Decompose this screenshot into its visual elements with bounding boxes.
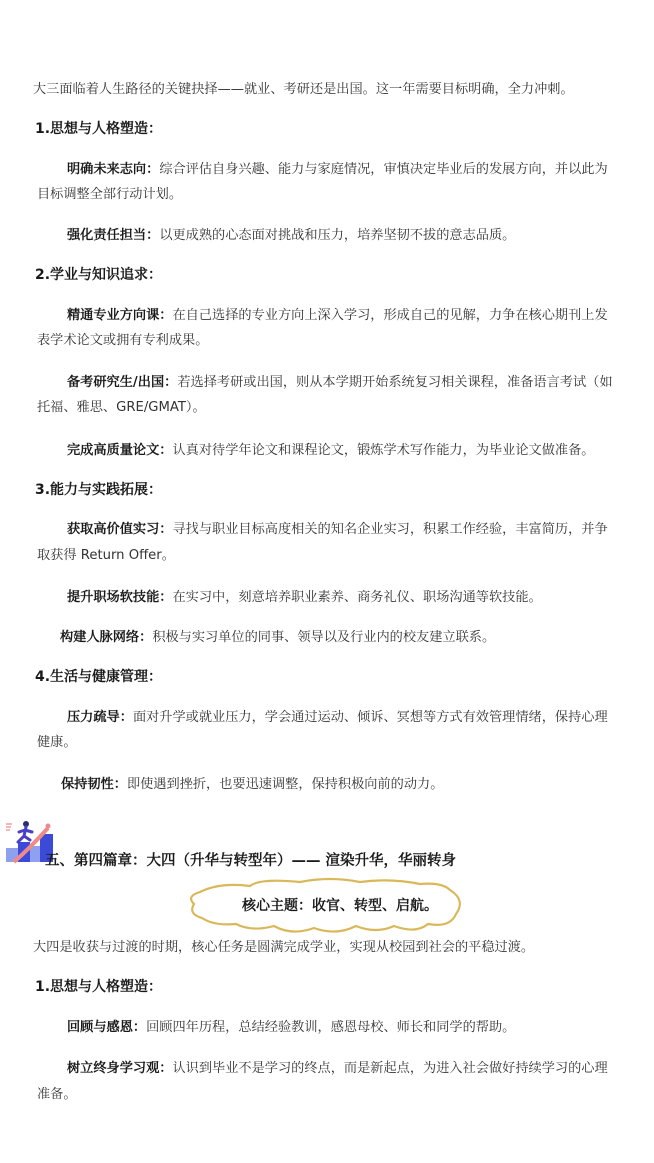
chapter-intro: 大四是收获与过渡的时期，核心任务是圆满完成学业，实现从校园到社会的平稳过渡。 — [33, 936, 534, 955]
list-item: 树立终身学习观：认识到毕业不是学习的终点，而是新起点，为进入社会做好持续学习的心… — [67, 1057, 608, 1076]
item-text: 若选择考研或出国，则从本学期开始系统复习相关课程，准备语言考试（如 — [177, 375, 612, 390]
list-item: 回顾与感恩：回顾四年历程，总结经验教训，感恩母校、师长和同学的帮助。 — [67, 1016, 515, 1035]
item-label: 精通专业方向课： — [67, 308, 173, 323]
item-label: 提升职场软技能： — [67, 590, 173, 605]
item-label: 强化责任担当： — [67, 228, 159, 243]
item-text: 积极与实习单位的同事、领导以及行业内的校友建立联系。 — [152, 630, 495, 645]
list-item: 保持韧性：即使遇到挫折，也要迅速调整，保持积极向前的动力。 — [61, 773, 443, 792]
theme-bubble: 核心主题：收官、转型、启航。 — [180, 874, 470, 936]
item-label: 压力疏导： — [67, 710, 133, 725]
item-text: 综合评估自身兴趣、能力与家庭情况，审慎决定毕业后的发展方向，并以此为 — [159, 162, 607, 177]
item-text: 在自己选择的专业方向上深入学习，形成自己的见解，力争在核心期刊上发 — [173, 308, 608, 323]
item-continuation: 健康。 — [37, 731, 77, 750]
item-continuation: 取获得 Return Offer。 — [37, 544, 175, 563]
item-text: 面对升学或就业压力，学会通过运动、倾诉、冥想等方式有效管理情绪，保持心理 — [133, 710, 608, 725]
group-heading: 2.学业与知识追求： — [35, 264, 162, 284]
group-heading: 1.思想与人格塑造： — [35, 118, 162, 138]
item-text: 认真对待学年论文和课程论文，锻炼学术写作能力，为毕业论文做准备。 — [173, 443, 595, 458]
item-text: 认识到毕业不是学习的终点，而是新起点，为进入社会做好持续学习的心理 — [173, 1061, 608, 1076]
list-item: 备考研究生/出国：若选择考研或出国，则从本学期开始系统复习相关课程，准备语言考试… — [67, 371, 613, 390]
chapter-title: 五、第四篇章：大四（升华与转型年）—— 渲染升华，华丽转身 — [45, 849, 456, 870]
list-item: 获取高价值实习：寻找与职业目标高度相关的知名企业实习，积累工作经验，丰富简历，并… — [67, 518, 608, 537]
group-heading: 3.能力与实践拓展： — [35, 479, 162, 499]
list-item: 强化责任担当：以更成熟的心态面对挑战和压力，培养坚韧不拔的意志品质。 — [67, 224, 515, 243]
list-item: 构建人脉网络：积极与实习单位的同事、领导以及行业内的校友建立联系。 — [60, 626, 495, 645]
item-label: 完成高质量论文： — [67, 443, 173, 458]
group-heading: 4.生活与健康管理： — [35, 666, 162, 686]
item-text: 寻找与职业目标高度相关的知名企业实习，积累工作经验，丰富简历，并争 — [173, 522, 608, 537]
item-label: 保持韧性： — [61, 777, 127, 792]
item-continuation: 目标调整全部行动计划。 — [37, 183, 182, 202]
item-continuation: 托福、雅思、GRE/GMAT）。 — [37, 396, 206, 415]
list-item: 压力疏导：面对升学或就业压力，学会通过运动、倾诉、冥想等方式有效管理情绪，保持心… — [67, 706, 608, 725]
item-label: 备考研究生/出国： — [67, 375, 177, 390]
item-text: 在实习中，刻意培养职业素养、商务礼仪、职场沟通等软技能。 — [173, 590, 542, 605]
item-label: 构建人脉网络： — [60, 630, 152, 645]
list-item: 完成高质量论文：认真对待学年论文和课程论文，锻炼学术写作能力，为毕业论文做准备。 — [67, 439, 595, 458]
section-intro: 大三面临着人生路径的关键抉择——就业、考研还是出国。这一年需要目标明确，全力冲刺… — [33, 78, 574, 97]
item-label: 回顾与感恩： — [67, 1020, 146, 1035]
item-text: 即使遇到挫折，也要迅速调整，保持积极向前的动力。 — [127, 777, 444, 792]
item-label: 获取高价值实习： — [67, 522, 173, 537]
list-item: 明确未来志向：综合评估自身兴趣、能力与家庭情况，审慎决定毕业后的发展方向，并以此… — [67, 158, 608, 177]
item-text: 回顾四年历程，总结经验教训，感恩母校、师长和同学的帮助。 — [146, 1020, 515, 1035]
item-label: 树立终身学习观： — [67, 1061, 173, 1076]
theme-text: 核心主题：收官、转型、启航。 — [242, 895, 438, 915]
list-item: 精通专业方向课：在自己选择的专业方向上深入学习，形成自己的见解，力争在核心期刊上… — [67, 304, 608, 323]
item-label: 明确未来志向： — [67, 162, 159, 177]
item-continuation: 准备。 — [37, 1083, 77, 1102]
item-continuation: 表学术论文或拥有专利成果。 — [37, 329, 208, 348]
item-text: 以更成熟的心态面对挑战和压力，培养坚韧不拔的意志品质。 — [159, 228, 515, 243]
group-heading: 1.思想与人格塑造： — [35, 976, 162, 996]
list-item: 提升职场软技能：在实习中，刻意培养职业素养、商务礼仪、职场沟通等软技能。 — [67, 586, 542, 605]
